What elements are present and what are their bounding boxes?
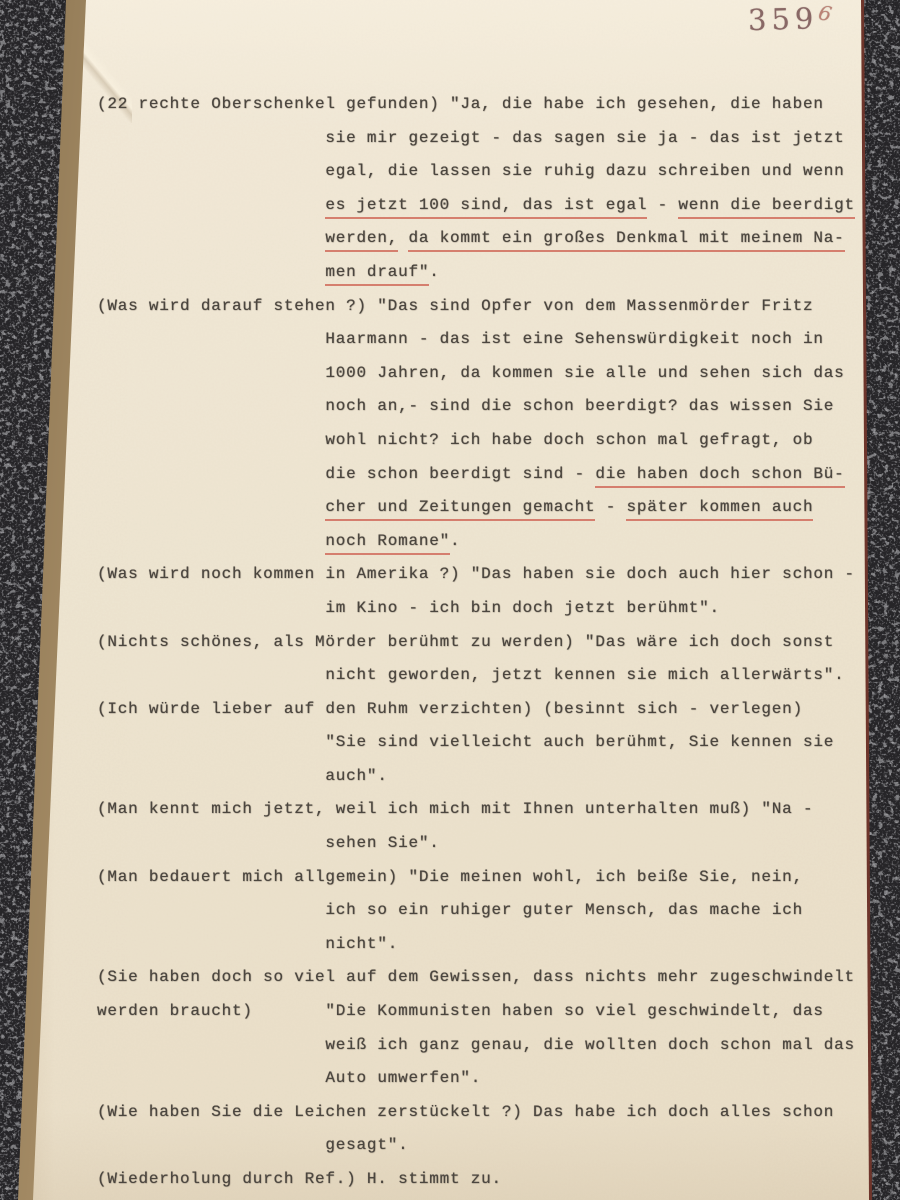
typed-text: (Wie haben Sie die Leichen zerstückelt ?… [97,1103,834,1121]
typed-text: sie mir gezeigt - das sagen sie ja - das… [325,129,844,147]
typed-text: (Was wird darauf stehen ?) "Das sind Opf… [97,297,813,315]
typed-text: nicht". [325,935,398,953]
typed-text: noch an,- sind die schon beerdigt? das w… [325,397,834,415]
typed-text: . [450,532,460,550]
typed-line: 1000 Jahren, da kommen sie alle und sehe… [97,357,857,391]
red-underlined-text: noch Romane" [325,532,450,555]
typed-line: egal, die lassen sie ruhig dazu schreibe… [97,155,857,189]
red-underlined-text: da kommt ein großes Denkmal mit meinem N… [408,229,844,252]
typed-text: Auto umwerfen". [325,1069,481,1087]
typed-text: (Sie haben doch so viel auf dem Gewissen… [97,968,855,986]
red-underlined-text: men drauf" [325,263,429,286]
red-underlined-text: die haben doch schon Bü- [595,465,844,488]
typed-line: (Wiederholung durch Ref.) H. stimmt zu. [97,1163,857,1197]
typed-text: . [429,263,439,281]
typed-line: wohl nicht? ich habe doch schon mal gefr… [97,424,857,458]
typed-text: (Nichts schönes, als Mörder berühmt zu w… [97,633,834,651]
typed-line: (Ich würde lieber auf den Ruhm verzichte… [97,693,857,727]
indent [97,330,325,348]
indent [97,397,325,415]
typed-line: (Was wird noch kommen in Amerika ?) "Das… [97,558,857,592]
indent [97,129,325,147]
paper-page: 3596 (22 rechte Oberschenkel gefunden) "… [0,0,900,1200]
typed-line: im Kino - ich bin doch jetzt berühmt". [97,592,857,626]
typed-line: (Was wird darauf stehen ?) "Das sind Opf… [97,290,857,324]
indent [97,162,325,180]
typed-text: gesagt". [325,1136,408,1154]
typed-line: (Nichts schönes, als Mörder berühmt zu w… [97,626,857,660]
typed-text: (Ich würde lieber auf den Ruhm verzichte… [97,700,803,718]
typed-text: (Man bedauert mich allgemein) "Die meine… [97,868,803,886]
typed-line: gesagt". [97,1129,857,1163]
indent [97,1069,325,1087]
typed-text [398,229,408,247]
typed-line: weiß ich ganz genau, die wollten doch sc… [97,1029,857,1063]
typed-line: (22 rechte Oberschenkel gefunden) "Ja, d… [97,88,857,122]
typed-line: (Man bedauert mich allgemein) "Die meine… [97,861,857,895]
typed-line: Haarmann - das ist eine Sehenswürdigkeit… [97,323,857,357]
typed-line: Auto umwerfen". [97,1062,857,1096]
indent [97,733,325,751]
typed-line: (Sie haben doch so viel auf dem Gewissen… [97,961,857,995]
typed-line: (Wie haben Sie die Leichen zerstückelt ?… [97,1096,857,1130]
indent [97,599,325,617]
indent [97,935,325,953]
typed-text: - [595,498,626,516]
typed-line: sie mir gezeigt - das sagen sie ja - das… [97,122,857,156]
indent [97,263,325,281]
typed-text: - [647,196,678,214]
red-underlined-text: später kommen auch [626,498,813,521]
typed-line: cher und Zeitungen gemacht - später komm… [97,491,857,525]
typed-line: die schon beerdigt sind - die haben doch… [97,458,857,492]
typed-text: wohl nicht? ich habe doch schon mal gefr… [325,431,813,449]
indent [97,666,325,684]
indent [97,834,325,852]
red-underlined-text: cher und Zeitungen gemacht [325,498,595,521]
typed-line: sehen Sie". [97,827,857,861]
typed-text: (Man kennt mich jetzt, weil ich mich mit… [97,800,813,818]
typed-text: die schon beerdigt sind - [325,465,595,483]
indent [97,196,325,214]
indent [97,498,325,516]
typed-text-block: (22 rechte Oberschenkel gefunden) "Ja, d… [97,88,857,1197]
indent [97,1136,325,1154]
page-number-stamp: 3596 [748,1,831,37]
typed-text: werden braucht) "Die Kommunisten haben s… [97,1002,824,1020]
indent [97,901,325,919]
red-underlined-text: werden, [325,229,398,252]
indent [97,1036,325,1054]
typed-text: nicht geworden, jetzt kennen sie mich al… [325,666,844,684]
stamp-number: 359 [748,1,819,37]
typed-line: men drauf". [97,256,857,290]
typed-line: (Man kennt mich jetzt, weil ich mich mit… [97,793,857,827]
typed-text: "Sie sind vielleicht auch berühmt, Sie k… [325,733,834,751]
typed-text: auch". [325,767,387,785]
typed-line: noch Romane". [97,525,857,559]
typed-text: Haarmann - das ist eine Sehenswürdigkeit… [325,330,823,348]
indent [97,767,325,785]
typed-line: nicht". [97,928,857,962]
typed-line: nicht geworden, jetzt kennen sie mich al… [97,659,857,693]
indent [97,465,325,483]
typed-text: ich so ein ruhiger guter Mensch, das mac… [325,901,803,919]
typed-text: 1000 Jahren, da kommen sie alle und sehe… [325,364,844,382]
typed-text: im Kino - ich bin doch jetzt berühmt". [325,599,720,617]
typed-text: sehen Sie". [325,834,439,852]
typed-text: egal, die lassen sie ruhig dazu schreibe… [325,162,844,180]
typed-text: (Wiederholung durch Ref.) H. stimmt zu. [97,1170,502,1188]
red-underlined-text: wenn die beerdigt [678,196,855,219]
indent [97,364,325,382]
typed-text: (Was wird noch kommen in Amerika ?) "Das… [97,565,855,583]
indent [97,532,325,550]
typed-text: (22 rechte Oberschenkel gefunden) "Ja, d… [97,95,824,113]
typed-line: noch an,- sind die schon beerdigt? das w… [97,390,857,424]
typed-line: ich so ein ruhiger guter Mensch, das mac… [97,894,857,928]
typed-line: auch". [97,760,857,794]
typed-line: "Sie sind vielleicht auch berühmt, Sie k… [97,726,857,760]
typed-line: werden, da kommt ein großes Denkmal mit … [97,222,857,256]
typed-line: es jetzt 100 sind, das ist egal - wenn d… [97,189,857,223]
indent [97,229,325,247]
red-underlined-text: es jetzt 100 sind, das ist egal [325,196,647,219]
typed-line: werden braucht) "Die Kommunisten haben s… [97,995,857,1029]
indent [97,431,325,449]
archival-document-scan: 3596 (22 rechte Oberschenkel gefunden) "… [0,0,900,1200]
typed-text: weiß ich ganz genau, die wollten doch sc… [325,1036,854,1054]
